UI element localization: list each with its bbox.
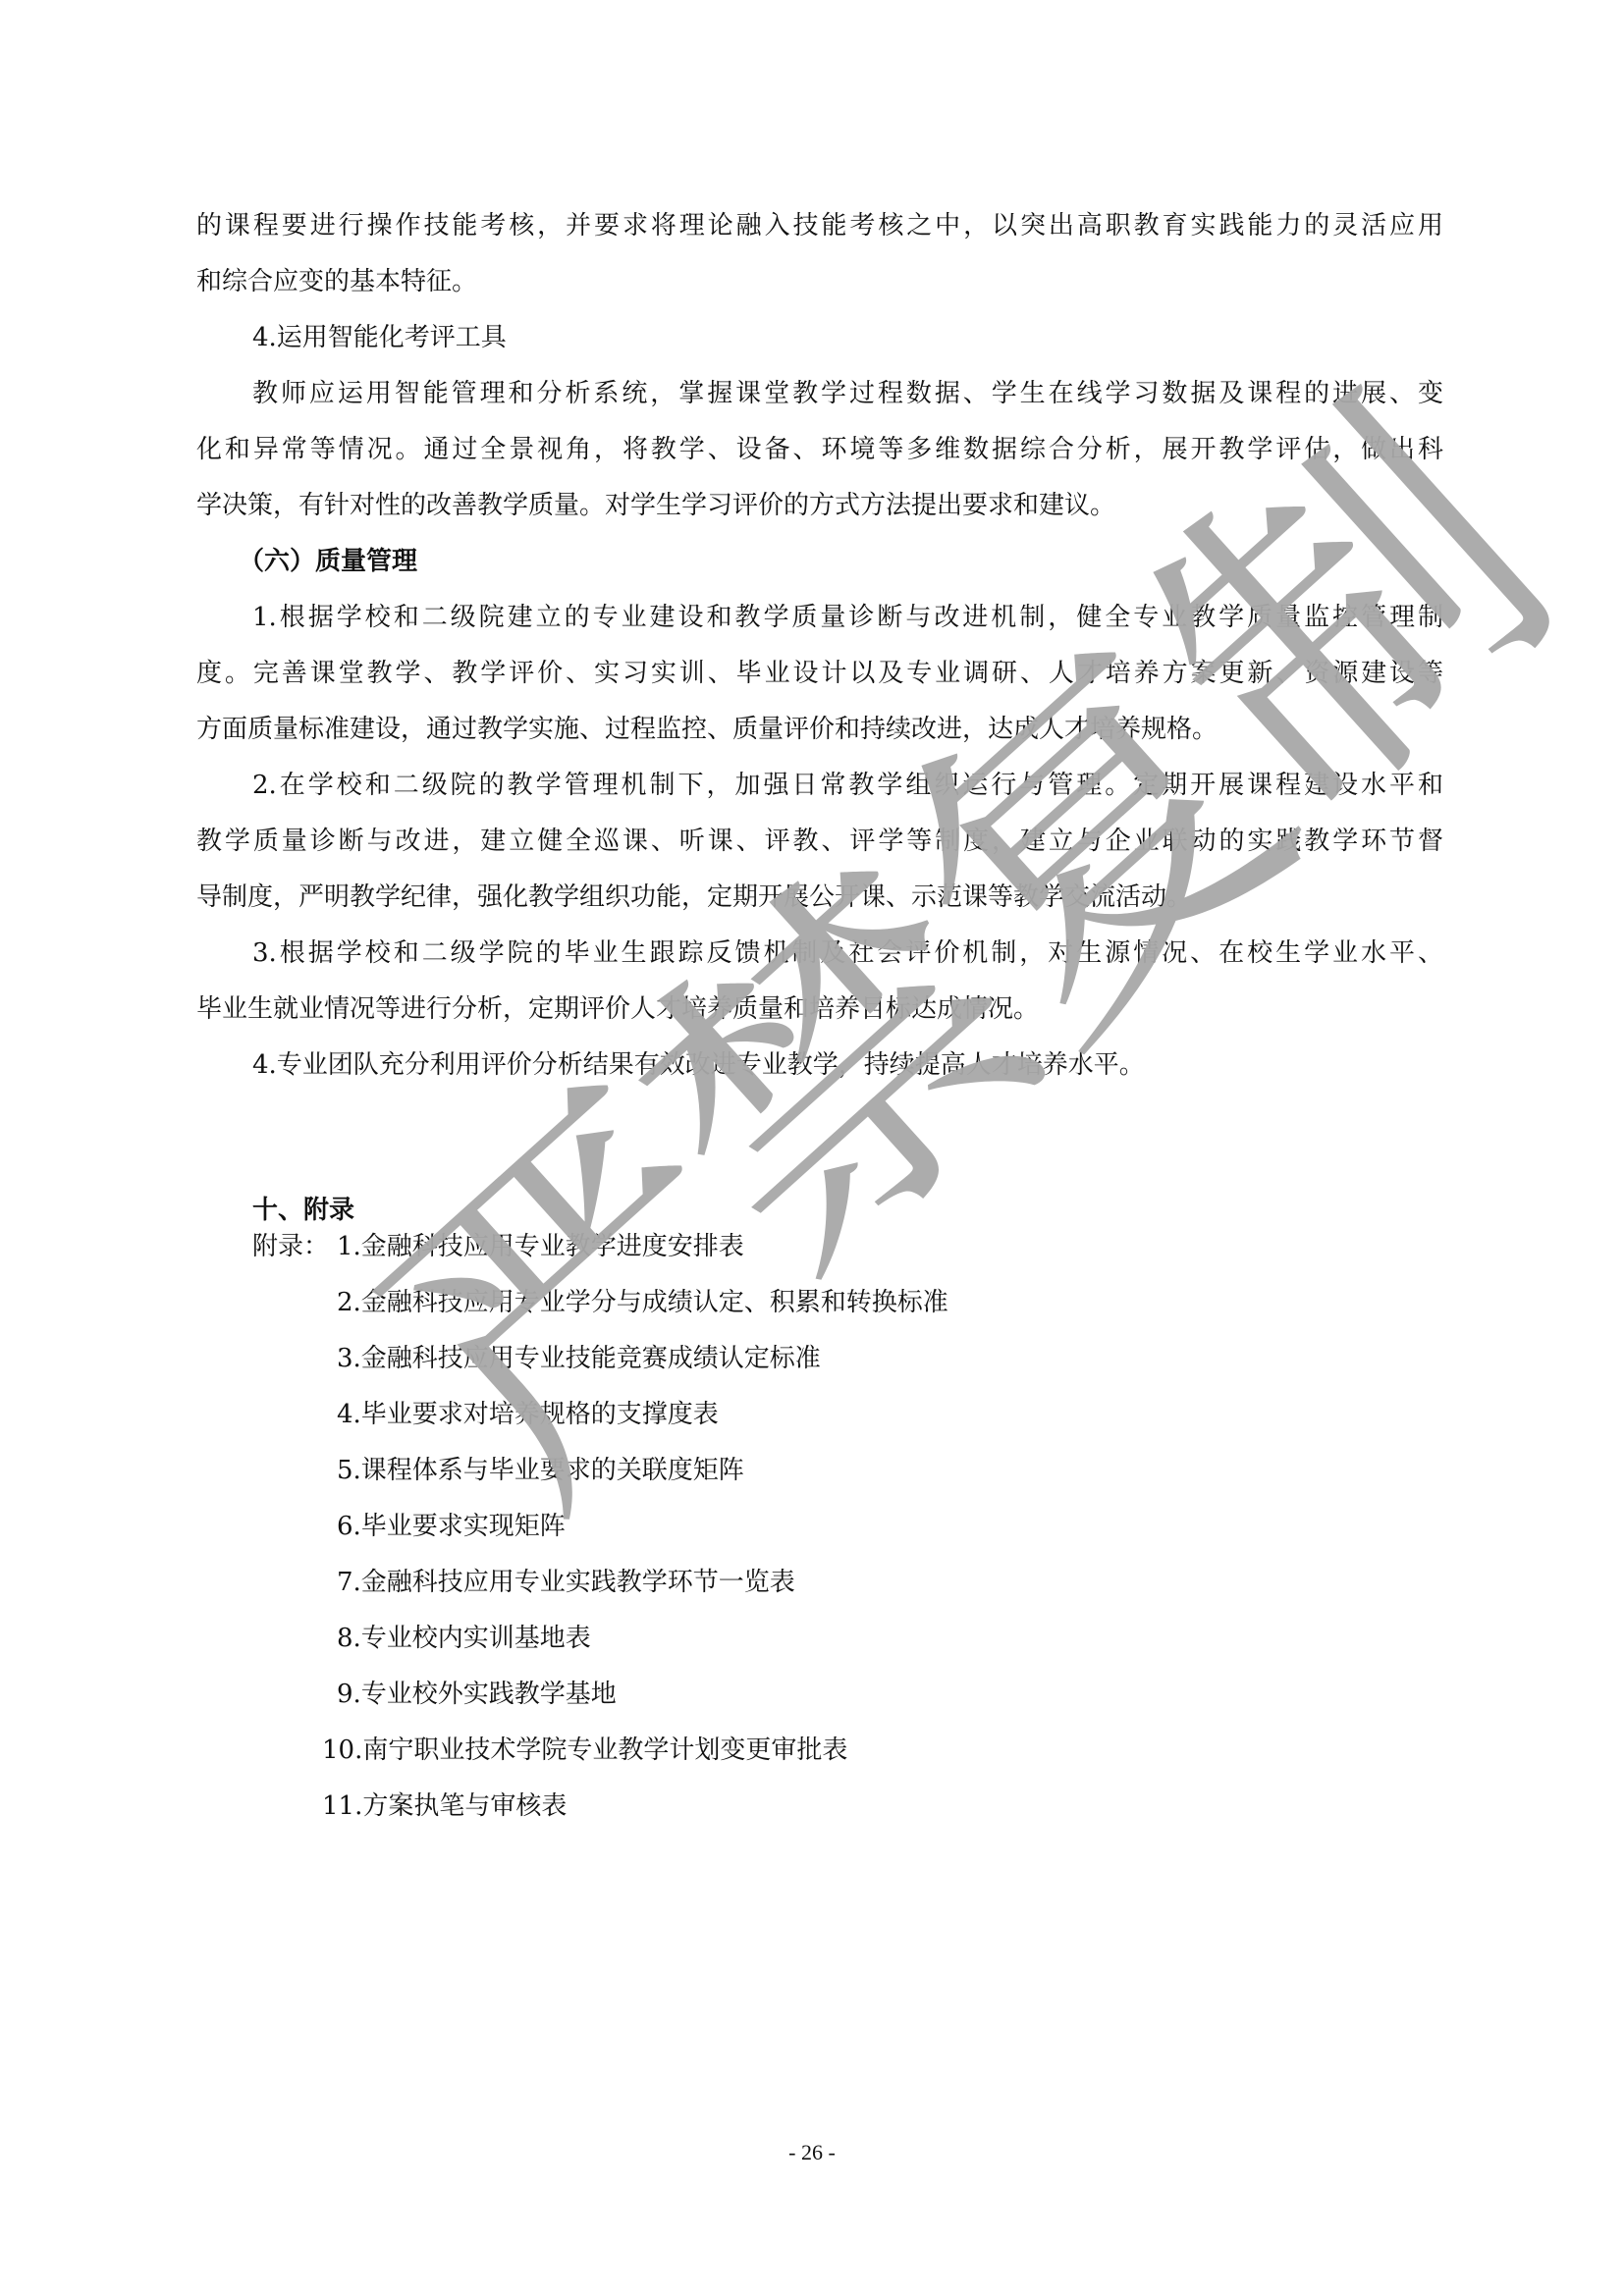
- paragraph-line: 和综合应变的基本特征。: [196, 265, 1443, 298]
- appendix-item: 7.金融科技应用专业实践教学环节一览表: [337, 1566, 795, 1599]
- paragraph-line: 1.根据学校和二级院建立的专业建设和教学质量诊断与改进机制，健全专业教学质量监控…: [252, 601, 1443, 634]
- paragraph-line: 教师应运用智能管理和分析系统，掌握课堂教学过程数据、学生在线学习数据及课程的进展…: [252, 377, 1443, 410]
- appendix-item: 11.方案执笔与审核表: [322, 1789, 567, 1823]
- paragraph-line: 学决策，有针对性的改善教学质量。对学生学习评价的方式方法提出要求和建议。: [196, 489, 1443, 522]
- paragraph-line: 的课程要进行操作技能考核，并要求将理论融入技能考核之中，以突出高职教育实践能力的…: [196, 209, 1443, 242]
- appendix-item: 6.毕业要求实现矩阵: [337, 1510, 566, 1543]
- section-title-quality-management: （六）质量管理: [239, 545, 417, 578]
- appendix-item: 1.金融科技应用专业教学进度安排表: [337, 1230, 744, 1263]
- appendix-item: 3.金融科技应用专业技能竞赛成绩认定标准: [337, 1342, 821, 1375]
- section-title-appendix: 十、附录: [252, 1194, 354, 1227]
- appendix-item: 9.专业校外实践教学基地: [337, 1678, 617, 1711]
- document-page: 的课程要进行操作技能考核，并要求将理论融入技能考核之中，以突出高职教育实践能力的…: [0, 0, 1624, 2296]
- appendix-item: 4.毕业要求对培养规格的支撑度表: [337, 1398, 719, 1431]
- paragraph-line: 毕业生就业情况等进行分析，定期评价人才培养质量和培养目标达成情况。: [196, 992, 1443, 1026]
- appendix-item: 8.专业校内实训基地表: [337, 1622, 591, 1655]
- paragraph-line: 方面质量标准建设，通过教学实施、过程监控、质量评价和持续改进，达成人才培养规格。: [196, 713, 1443, 746]
- subheading-smart-tools: 4.运用智能化考评工具: [252, 321, 507, 354]
- paragraph-line: 导制度，严明教学纪律，强化教学组织功能，定期开展公开课、示范课等教学交流活动。: [196, 881, 1443, 914]
- paragraph-line: 度。完善课堂教学、教学评价、实习实训、毕业设计以及专业调研、人才培养方案更新、资…: [196, 657, 1443, 690]
- watermark: 严禁复制: [0, 0, 1624, 2296]
- appendix-label: 附录：: [252, 1230, 329, 1263]
- paragraph-line: 4.专业团队充分利用评价分析结果有效改进专业教学，持续提高人才培养水平。: [252, 1048, 1145, 1082]
- paragraph-line: 2.在学校和二级院的教学管理机制下，加强日常教学组织运行与管理。定期开展课程建设…: [252, 769, 1443, 802]
- paragraph-line: 化和异常等情况。通过全景视角，将教学、设备、环境等多维数据综合分析，展开教学评估…: [196, 433, 1443, 466]
- page-number: - 26 -: [0, 2140, 1624, 2165]
- appendix-item: 10.南宁职业技术学院专业教学计划变更审批表: [322, 1734, 847, 1767]
- appendix-item: 5.课程体系与毕业要求的关联度矩阵: [337, 1454, 744, 1487]
- appendix-item: 2.金融科技应用专业学分与成绩认定、积累和转换标准: [337, 1286, 948, 1319]
- paragraph-line: 教学质量诊断与改进，建立健全巡课、听课、评教、评学等制度，建立与企业联动的实践教…: [196, 825, 1443, 858]
- paragraph-line: 3.根据学校和二级学院的毕业生跟踪反馈机制及社会评价机制，对生源情况、在校生学业…: [252, 936, 1443, 970]
